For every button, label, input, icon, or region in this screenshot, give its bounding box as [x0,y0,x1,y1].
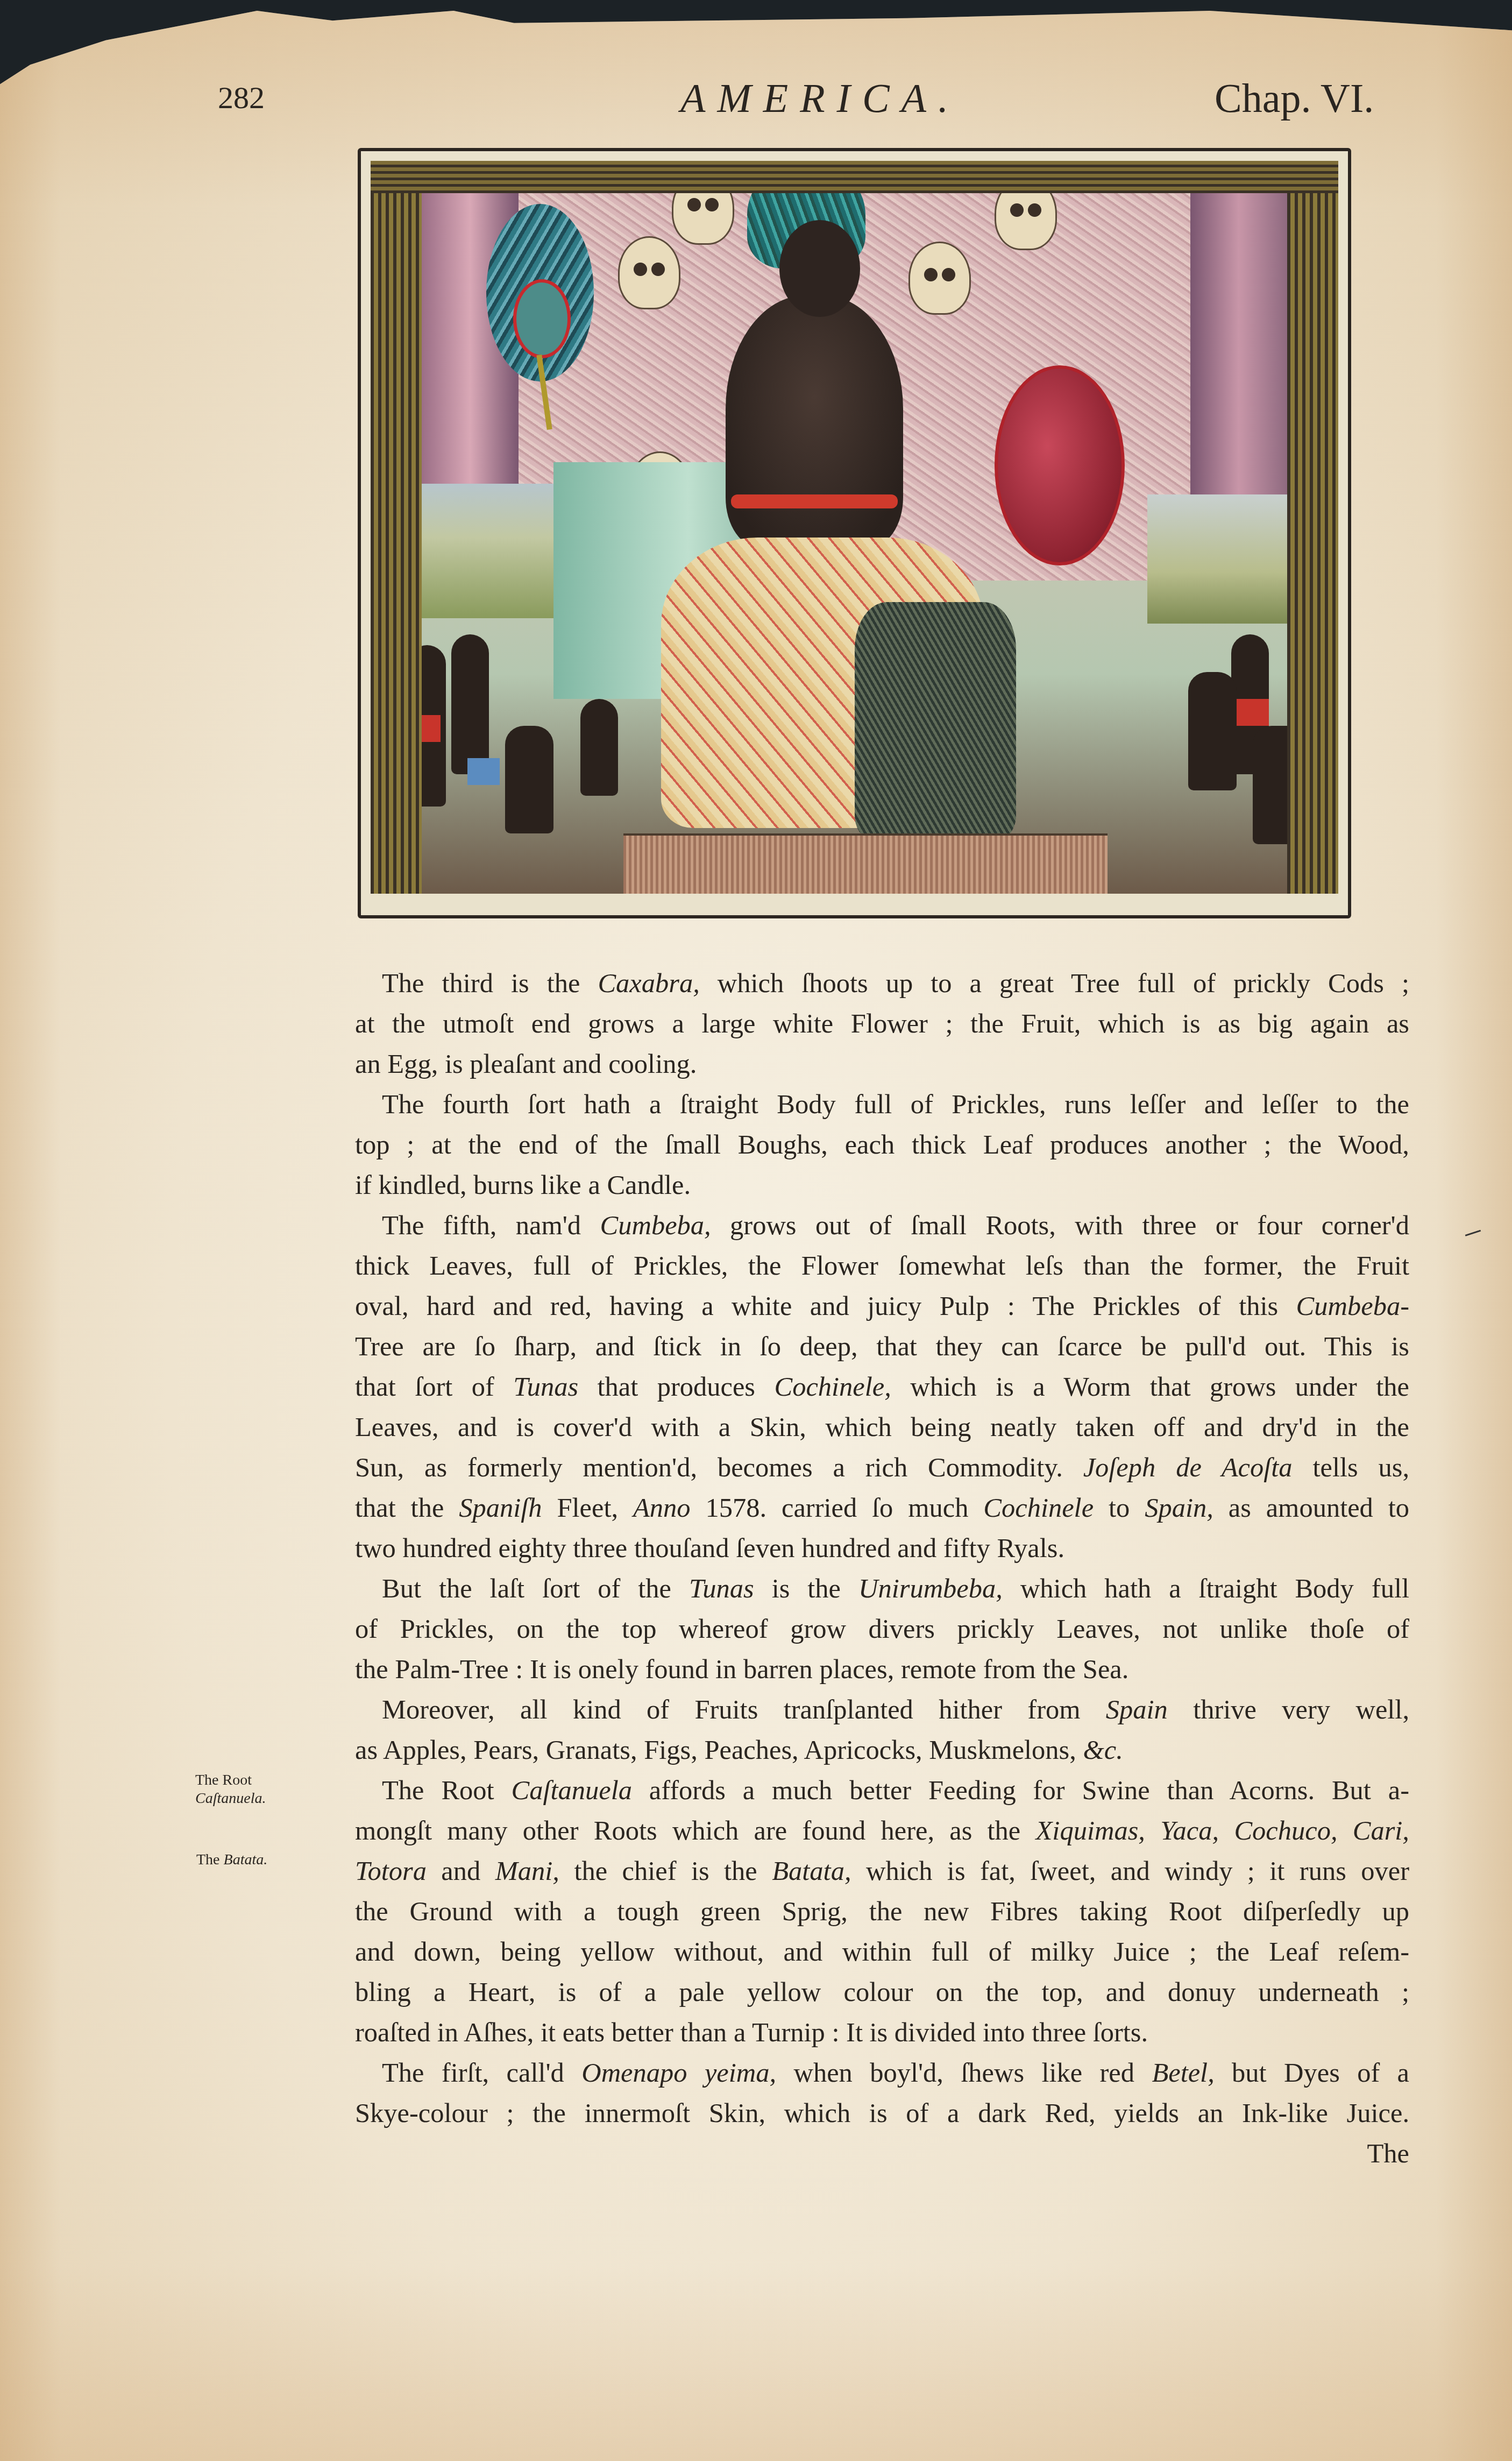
text-line: of Prickles, on the top whereof grow div… [355,1609,1409,1649]
ruler-figure [726,295,903,548]
skull-icon [618,236,680,309]
text-line: thick Leaves, full of Prickles, the Flow… [355,1246,1409,1286]
skull-icon [908,242,971,315]
catchword: The [355,2133,1409,2174]
attendant-figure [1188,672,1237,790]
text-line: But the laſt ſort of the Tunas is the Un… [355,1568,1409,1609]
margin-note-text: The Root [195,1771,266,1790]
ceiling-beam [371,161,1338,193]
text-line: Tree are ſo ſharp, and ſtick in ſo deep,… [355,1326,1409,1367]
text-line: the Ground with a tough green Sprig, the… [355,1891,1409,1932]
margin-note-batata: The Batata. [196,1851,267,1869]
attendant-figure [580,699,618,796]
engraving-plate [358,148,1351,918]
pillar-right [1287,161,1338,894]
attendant-figure [505,726,553,833]
text-line: oval, hard and red, having a white and j… [355,1286,1409,1326]
running-title: AMERICA. [680,75,960,122]
text-line: two hundred eighty three thouſand ſeven … [355,1528,1409,1568]
blue-loincloth [467,758,500,785]
text-line: that ſort of Tunas that produces Cochine… [355,1367,1409,1407]
red-loincloth [1237,699,1269,726]
ruler-belt [731,494,898,508]
body-text: The third is the Caxabra, which ſhoots u… [355,963,1409,2174]
throne-dais [623,833,1108,894]
text-line: at the utmoſt end grows a large white Fl… [355,1003,1409,1044]
fan-emblem [513,279,571,358]
text-line: an Egg, is pleaſant and cooling. [355,1044,1409,1084]
landscape-right [1147,494,1287,624]
text-line: the Palm-Tree : It is onely found in bar… [355,1649,1409,1689]
engraving-image [371,161,1338,894]
text-line: The fourth ſort hath a ſtraight Body ful… [355,1084,1409,1125]
text-line: if kindled, burns like a Candle. [355,1165,1409,1205]
book-page: 282 AMERICA. Chap. VI. [0,11,1512,2461]
text-line: The fifth, nam'd Cumbeba, grows out of ſ… [355,1205,1409,1246]
text-line: as Apples, Pears, Granats, Figs, Peaches… [355,1730,1409,1770]
text-line: The firſt, call'd Omenapo yeima, when bo… [355,2053,1409,2093]
attendant-figure [451,634,489,774]
text-line: Leaves, and is cover'd with a Skin, whic… [355,1407,1409,1447]
page-number: 282 [218,80,265,116]
margin-note-castanuela: The Root Caſtanuela. [195,1771,266,1808]
text-line: Sun, as formerly mention'd, becomes a ri… [355,1447,1409,1488]
dark-robe [855,602,1016,839]
ruler-head [779,220,860,317]
text-line: Skye-colour ; the innermoſt Skin, which … [355,2093,1409,2133]
pillar-left [371,161,422,894]
text-line: Moreover, all kind of Fruits tranſplante… [355,1689,1409,1730]
chapter-label: Chap. VI. [1215,75,1374,122]
ink-mark [1465,1230,1483,1242]
text-line: mongſt many other Roots which are found … [355,1811,1409,1851]
text-line: Totora and Mani, the chief is the Batata… [355,1851,1409,1891]
margin-note-text: Batata. [224,1851,268,1868]
text-line: and down, being yellow without, and with… [355,1932,1409,1972]
text-line: top ; at the end of the ſmall Boughs, ea… [355,1125,1409,1165]
margin-note-text: The [196,1851,220,1868]
curtain-right [1190,193,1287,538]
margin-note-text: Caſtanuela. [195,1790,266,1808]
shield-icon [995,365,1125,565]
text-line: The third is the Caxabra, which ſhoots u… [355,963,1409,1003]
text-line: roaſted in Aſhes, it eats better than a … [355,2012,1409,2053]
text-line: that the Spaniſh Fleet, Anno 1578. carri… [355,1488,1409,1528]
text-line: bling a Heart, is of a pale yellow colou… [355,1972,1409,2012]
running-header: 282 AMERICA. Chap. VI. [0,75,1512,140]
text-line: The Root Caſtanuela affords a much bette… [355,1770,1409,1811]
